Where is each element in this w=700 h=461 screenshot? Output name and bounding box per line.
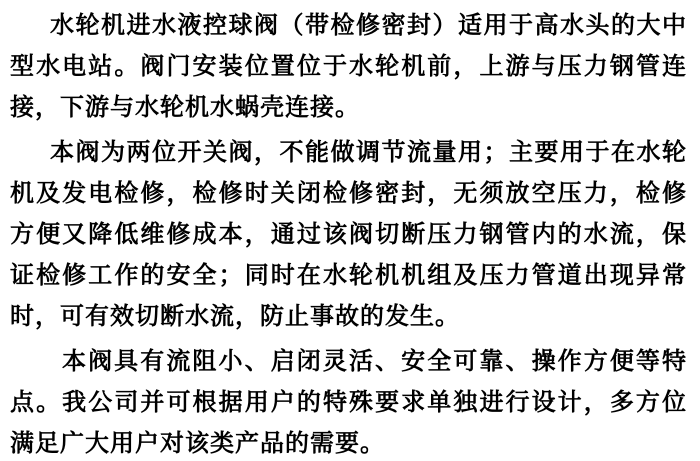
paragraph-features: 本阀具有流阻小、启闭灵活、安全可靠、操作方便等特 点。我公司并可根据用户的特殊要… (10, 342, 686, 461)
text-line: 本阀为两位开关阀，不能做调节流量用；主要用于在水轮 (10, 133, 686, 174)
document-body: 水轮机进水液控球阀（带检修密封）适用于高水头的大中 型水电站。阀门安装位置位于水… (0, 0, 700, 461)
paragraph-function: 本阀为两位开关阀，不能做调节流量用；主要用于在水轮 机及发电检修，检修时关闭检修… (10, 133, 686, 338)
text-line: 点。我公司并可根据用户的特殊要求单独进行设计，多方位 (10, 383, 686, 424)
text-line: 水轮机进水液控球阀（带检修密封）适用于高水头的大中 (10, 6, 686, 47)
text-line: 方便又降低维修成本，通过该阀切断压力钢管内的水流，保 (10, 215, 686, 256)
text-line: 证检修工作的安全；同时在水轮机机组及压力管道出现异常 (10, 256, 686, 297)
text-line: 型水电站。阀门安装位置位于水轮机前，上游与压力钢管连 (10, 47, 686, 88)
text-line: 本阀具有流阻小、启闭灵活、安全可靠、操作方便等特 (10, 342, 686, 383)
paragraph-intro: 水轮机进水液控球阀（带检修密封）适用于高水头的大中 型水电站。阀门安装位置位于水… (10, 6, 686, 129)
text-line: 接，下游与水轮机水蜗壳连接。 (10, 88, 686, 129)
text-line: 时，可有效切断水流，防止事故的发生。 (10, 297, 686, 338)
text-line: 满足广大用户对该类产品的需要。 (10, 424, 686, 461)
text-line: 机及发电检修，检修时关闭检修密封，无须放空压力，检修 (10, 174, 686, 215)
